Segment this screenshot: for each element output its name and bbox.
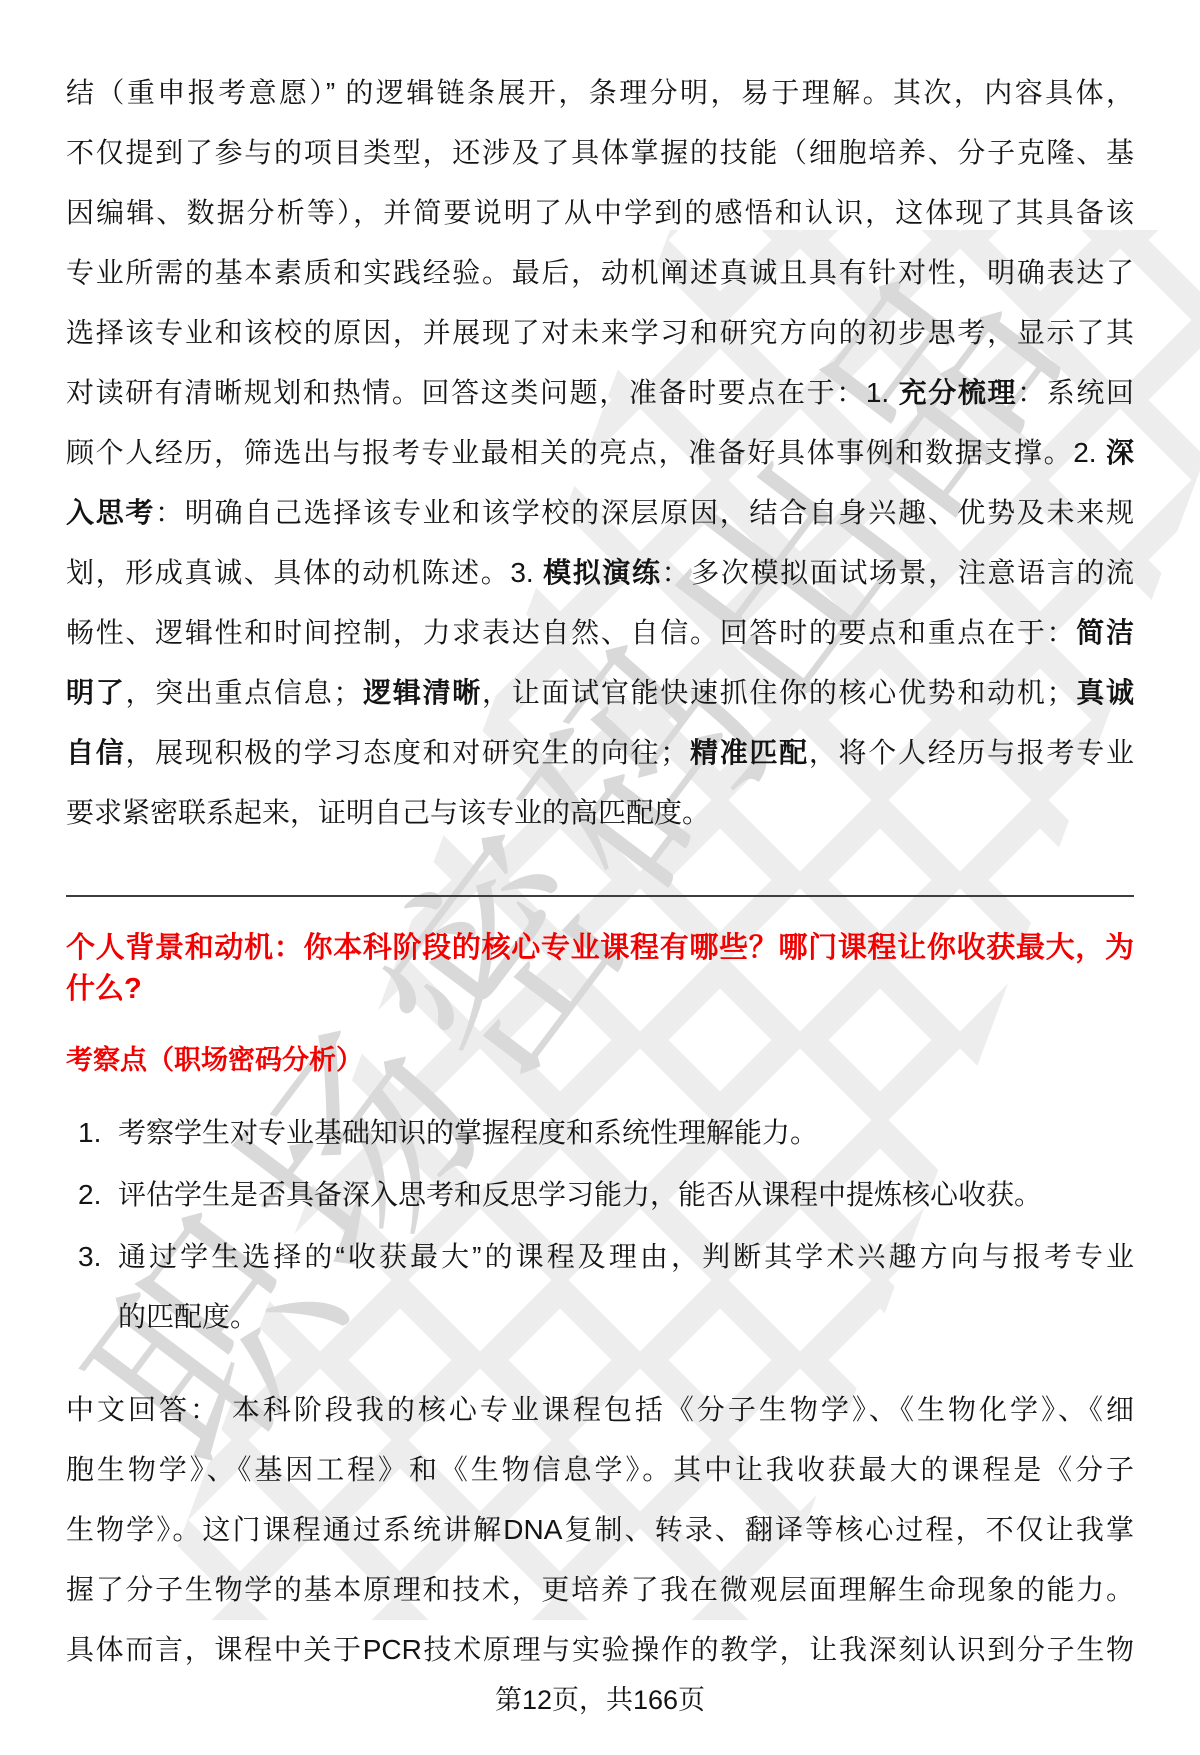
- item-text: 考察学生对专业基础知识的掌握程度和系统性理解能力。: [118, 1103, 1134, 1163]
- text-run: 要求紧密联系起来，证明自己与该专业的高匹配度。: [66, 797, 710, 828]
- text-line: 具体而言，课程中关于PCR技术原理与实验操作的教学，让我深刻认识到分子生物: [66, 1620, 1134, 1680]
- text-run: ：明确自己选择该专业和该学校的深层原因，结合自身兴趣、优势及未来规: [155, 497, 1134, 528]
- text-line: 专业所需的基本素质和实践经验。最后，动机阐述真诚且具有针对性，明确表达了: [66, 243, 1134, 303]
- text-line: 评估学生是否具备深入思考和反思学习能力，能否从课程中提炼核心收获。: [118, 1165, 1134, 1225]
- text-line: 中文回答： 本科阶段我的核心专业课程包括《分子生物学》、《生物化学》、《细: [66, 1380, 1134, 1440]
- exam-points-list: 1.考察学生对专业基础知识的掌握程度和系统性理解能力。2.评估学生是否具备深入思…: [78, 1103, 1134, 1349]
- text-line: 顾个人经历，筛选出与报考专业最相关的亮点，准备好具体事例和数据支撑。2. 深: [66, 423, 1134, 483]
- text-run: 因编辑、数据分析等），并简要说明了从中学到的感悟和认识，这体现了其具备该: [66, 197, 1134, 228]
- text-run: 专业所需的基本素质和实践经验。最后，动机阐述真诚且具有针对性，明确表达了: [66, 257, 1134, 288]
- text-run: 通过学生选择的“收获最大”的课程及理由，判断其学术兴趣方向与报考专业: [118, 1241, 1134, 1272]
- analysis-label: 考察点（职场密码分析）: [66, 1039, 1134, 1081]
- text-line: 通过学生选择的“收获最大”的课程及理由，判断其学术兴趣方向与报考专业: [118, 1227, 1134, 1287]
- text-line: 考察学生对专业基础知识的掌握程度和系统性理解能力。: [118, 1103, 1134, 1163]
- text-run: 考察学生对专业基础知识的掌握程度和系统性理解能力。: [118, 1117, 818, 1148]
- exam-point-item: 1.考察学生对专业基础知识的掌握程度和系统性理解能力。: [78, 1103, 1134, 1163]
- item-number: 1.: [78, 1103, 118, 1163]
- text-run: ，突出重点信息；: [125, 677, 361, 708]
- text-run: 对读研有清晰规划和热情。回答这类问题，准备时要点在于：1.: [66, 377, 899, 408]
- text-run: 生物学》。这门课程通过系统讲解DNA复制、转录、翻译等核心过程，不仅让我掌: [66, 1514, 1134, 1545]
- text-run: 具体而言，课程中关于PCR技术原理与实验操作的教学，让我深刻认识到分子生物: [66, 1634, 1134, 1665]
- text-run: 不仅提到了参与的项目类型，还涉及了具体掌握的技能（细胞培养、分子克隆、基: [66, 137, 1134, 168]
- item-number: 2.: [78, 1165, 118, 1225]
- text-line: 胞生物学》、《基因工程》和《生物信息学》。其中让我收获最大的课程是《分子: [66, 1440, 1134, 1500]
- text-run: 握了分子生物学的基本原理和技术，更培养了我在微观层面理解生命现象的能力。: [66, 1574, 1134, 1605]
- bold-run: 模拟演练: [543, 557, 662, 588]
- page-footer: 第12页，共166页: [0, 1672, 1200, 1728]
- text-line: 入思考：明确自己选择该专业和该学校的深层原因，结合自身兴趣、优势及未来规: [66, 483, 1134, 543]
- text-run: 胞生物学》、《基因工程》和《生物信息学》。其中让我收获最大的课程是《分子: [66, 1454, 1134, 1485]
- bold-run: 深: [1106, 437, 1134, 468]
- text-line: 结（重申报考意愿）” 的逻辑链条展开，条理分明，易于理解。其次，内容具体，: [66, 63, 1134, 123]
- text-line: 生物学》。这门课程通过系统讲解DNA复制、转录、翻译等核心过程，不仅让我掌: [66, 1500, 1134, 1560]
- text-line: 畅性、逻辑性和时间控制，力求表达自然、自信。回答时的要点和重点在于：简洁: [66, 603, 1134, 663]
- text-run: ，展现积极的学习态度和对研究生的向往；: [125, 737, 688, 768]
- text-line: 对读研有清晰规划和热情。回答这类问题，准备时要点在于：1. 充分梳理：系统回: [66, 363, 1134, 423]
- document-page: 职场密码出品 结（重申报考意愿）” 的逻辑链条展开，条理分明，易于理解。其次，内…: [0, 0, 1200, 1755]
- text-line: 划，形成真诚、具体的动机陈述。3. 模拟演练：多次模拟面试场景，注意语言的流: [66, 543, 1134, 603]
- text-run: 顾个人经历，筛选出与报考专业最相关的亮点，准备好具体事例和数据支撑。2.: [66, 437, 1106, 468]
- bold-run: 充分梳理: [899, 377, 1018, 408]
- text-line: 的匹配度。: [118, 1287, 1134, 1347]
- text-run: 评估学生是否具备深入思考和反思学习能力，能否从课程中提炼核心收获。: [118, 1179, 1042, 1210]
- item-text: 通过学生选择的“收获最大”的课程及理由，判断其学术兴趣方向与报考专业的匹配度。: [118, 1227, 1134, 1347]
- bold-run: 精准匹配: [688, 737, 809, 768]
- bold-run: 明了: [66, 677, 125, 708]
- text-run: ：多次模拟面试场景，注意语言的流: [662, 557, 1134, 588]
- paragraph-answer: 中文回答： 本科阶段我的核心专业课程包括《分子生物学》、《生物化学》、《细胞生物…: [66, 1380, 1134, 1680]
- bold-run: 入思考: [66, 497, 155, 528]
- text-line: 因编辑、数据分析等），并简要说明了从中学到的感悟和认识，这体现了其具备该: [66, 183, 1134, 243]
- text-run: 什么?: [66, 973, 142, 1005]
- paragraph-opening: 结（重申报考意愿）” 的逻辑链条展开，条理分明，易于理解。其次，内容具体，不仅提…: [66, 63, 1134, 843]
- question-heading: 个人背景和动机：你本科阶段的核心专业课程有哪些？哪门课程让你收获最大，为什么?: [66, 928, 1134, 1010]
- text-line: 自信，展现积极的学习态度和对研究生的向往；精准匹配，将个人经历与报考专业: [66, 723, 1134, 783]
- bold-run: 逻辑清晰: [361, 677, 482, 708]
- text-run: 中文回答： 本科阶段我的核心专业课程包括《分子生物学》、《生物化学》、《细: [66, 1394, 1134, 1425]
- text-line: 什么?: [66, 969, 1134, 1010]
- text-run: ，让面试官能快速抓住你的核心优势和动机；: [482, 677, 1075, 708]
- section-divider: [66, 895, 1134, 897]
- text-line: 明了，突出重点信息；逻辑清晰，让面试官能快速抓住你的核心优势和动机；真诚: [66, 663, 1134, 723]
- text-run: 划，形成真诚、具体的动机陈述。3.: [66, 557, 543, 588]
- text-run: 结（重申报考意愿）” 的逻辑链条展开，条理分明，易于理解。其次，内容具体，: [66, 77, 1134, 108]
- text-line: 个人背景和动机：你本科阶段的核心专业课程有哪些？哪门课程让你收获最大，为: [66, 928, 1134, 969]
- text-line: 握了分子生物学的基本原理和技术，更培养了我在微观层面理解生命现象的能力。: [66, 1560, 1134, 1620]
- exam-point-item: 3.通过学生选择的“收获最大”的课程及理由，判断其学术兴趣方向与报考专业的匹配度…: [78, 1227, 1134, 1347]
- text-run: ，将个人经历与报考专业: [809, 737, 1134, 768]
- text-line: 不仅提到了参与的项目类型，还涉及了具体掌握的技能（细胞培养、分子克隆、基: [66, 123, 1134, 183]
- bold-run: 简洁: [1076, 617, 1134, 648]
- text-run: 畅性、逻辑性和时间控制，力求表达自然、自信。回答时的要点和重点在于：: [66, 617, 1076, 648]
- text-run: 的匹配度。: [118, 1301, 258, 1332]
- bold-run: 真诚: [1075, 677, 1134, 708]
- page-content: 结（重申报考意愿）” 的逻辑链条展开，条理分明，易于理解。其次，内容具体，不仅提…: [0, 0, 1200, 1755]
- text-line: 选择该专业和该校的原因，并展现了对未来学习和研究方向的初步思考，显示了其: [66, 303, 1134, 363]
- item-text: 评估学生是否具备深入思考和反思学习能力，能否从课程中提炼核心收获。: [118, 1165, 1134, 1225]
- text-run: 选择该专业和该校的原因，并展现了对未来学习和研究方向的初步思考，显示了其: [66, 317, 1134, 348]
- bold-run: 自信: [66, 737, 125, 768]
- text-run: 个人背景和动机：你本科阶段的核心专业课程有哪些？哪门课程让你收获最大，为: [66, 932, 1134, 964]
- exam-point-item: 2.评估学生是否具备深入思考和反思学习能力，能否从课程中提炼核心收获。: [78, 1165, 1134, 1225]
- item-number: 3.: [78, 1227, 118, 1287]
- text-run: ：系统回: [1017, 377, 1134, 408]
- text-line: 要求紧密联系起来，证明自己与该专业的高匹配度。: [66, 783, 1134, 843]
